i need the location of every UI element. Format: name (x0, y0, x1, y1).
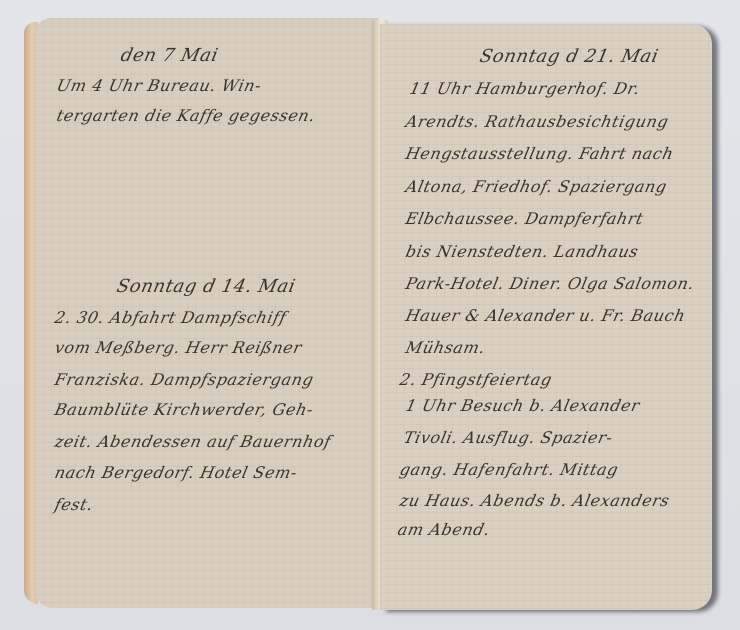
right-page: Sonntag d 21. Mai 11 Uhr Hamburgerhof. D… (380, 24, 712, 610)
open-notebook: den 7 Mai Um 4 Uhr Bureau. Win- tergarte… (0, 0, 740, 630)
entry-line: 11 Uhr Hamburgerhof. Dr. (408, 79, 642, 98)
entry-line: Hengstausstellung. Fahrt nach (404, 144, 676, 163)
entry-line: Arendts. Rathausbesichtigung (404, 112, 671, 131)
left-page: den 7 Mai Um 4 Uhr Bureau. Win- tergarte… (35, 18, 378, 608)
entry-line: zeit. Abendessen auf Bauernhof (53, 432, 333, 451)
entry-line: tergarten die Kaffe gegessen. (55, 106, 317, 125)
entry-line: am Abend. (396, 520, 492, 539)
entry-line: Hauer & Alexander u. Fr. Bauch (404, 306, 687, 325)
entry-line: gang. Hafenfahrt. Mittag (398, 460, 620, 479)
entry-line: Altona, Friedhof. Spaziergang (404, 177, 669, 196)
entry-heading: Sonntag d 21. Mai (478, 46, 661, 67)
entry-line: Mühsam. (404, 338, 487, 357)
entry-line: zu Haus. Abends b. Alexanders (398, 491, 672, 510)
entry-line: Tivoli. Ausflug. Spazier- (402, 428, 615, 447)
entry-line: bis Nienstedten. Landhaus (404, 242, 640, 261)
entry-line: 2. 30. Abfahrt Dampfschiff (53, 308, 288, 327)
entry-line: Park-Hotel. Diner. Olga Salomon. (404, 274, 696, 293)
entry-line: Elbchaussee. Dampferfahrt (404, 209, 645, 228)
entry-line: fest. (53, 495, 95, 514)
entry-line: Franziska. Dampfspaziergang (53, 370, 316, 389)
entry-heading: Sonntag d 14. Mai (115, 276, 298, 297)
entry-heading: 2. Pfingstfeiertag (398, 370, 554, 389)
entry-line: Um 4 Uhr Bureau. Win- (55, 76, 263, 95)
entry-line: nach Bergedorf. Hotel Sem- (53, 463, 299, 482)
entry-heading: den 7 Mai (119, 45, 220, 66)
entry-line: vom Meßberg. Herr Reißner (53, 338, 304, 357)
entry-line: Baumblüte Kirchwerder, Geh- (53, 400, 315, 419)
entry-line: 1 Uhr Besuch b. Alexander (404, 396, 642, 415)
